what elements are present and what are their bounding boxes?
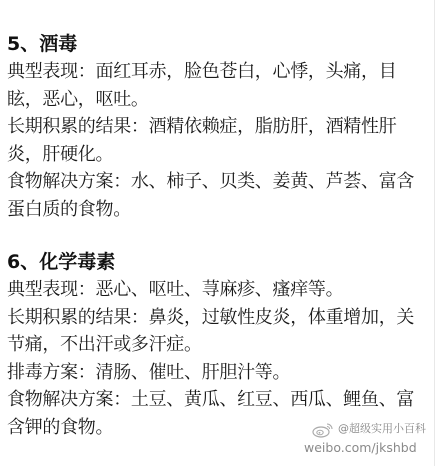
text-line: 食物解决方案：土豆、黄瓜、红豆、西瓜、鲤鱼、富 (7, 386, 427, 414)
section-alcohol-toxin: 5、酒毒 典型表现：面红耳赤，脸色苍白，心悸，头痛，目 眩，恶心，呕吐。 长期积… (7, 30, 427, 223)
text-line: 长期积累的结果：酒精依赖症，脂肪肝，酒精性肝 (7, 113, 427, 141)
text-line: 眩，恶心，呕吐。 (7, 86, 427, 114)
watermark-url: weibo.com/jkshbd (304, 440, 417, 456)
text-line: 典型表现：面红耳赤，脸色苍白，心悸，头痛，目 (7, 58, 427, 86)
text-line: 蛋白质的食物。 (7, 196, 427, 224)
section-chemical-toxin: 6、化学毒素 典型表现：恶心、呕吐、荨麻疹、瘙痒等。 长期积累的结果：鼻炎，过敏… (7, 248, 427, 441)
text-line: 长期积累的结果：鼻炎，过敏性皮炎，体重增加，关 (7, 304, 427, 332)
section-heading: 6、化学毒素 (7, 248, 427, 276)
text-line: 食物解决方案：水、柿子、贝类、姜黄、芦荟、富含 (7, 168, 427, 196)
page-edge-divider (434, 0, 435, 466)
weibo-watermark: @超级实用小百科 weibo.com/jkshbd (302, 420, 438, 464)
watermark-handle: @超级实用小百科 (338, 422, 426, 436)
weibo-logo-icon (312, 422, 334, 438)
text-line: 排毒方案：清肠、催吐、肝胆汁等。 (7, 359, 427, 387)
text-line: 炎，肝硬化。 (7, 141, 427, 169)
text-line: 典型表现：恶心、呕吐、荨麻疹、瘙痒等。 (7, 276, 427, 304)
section-heading: 5、酒毒 (7, 30, 427, 58)
text-line: 节痛，不出汗或多汗症。 (7, 331, 427, 359)
